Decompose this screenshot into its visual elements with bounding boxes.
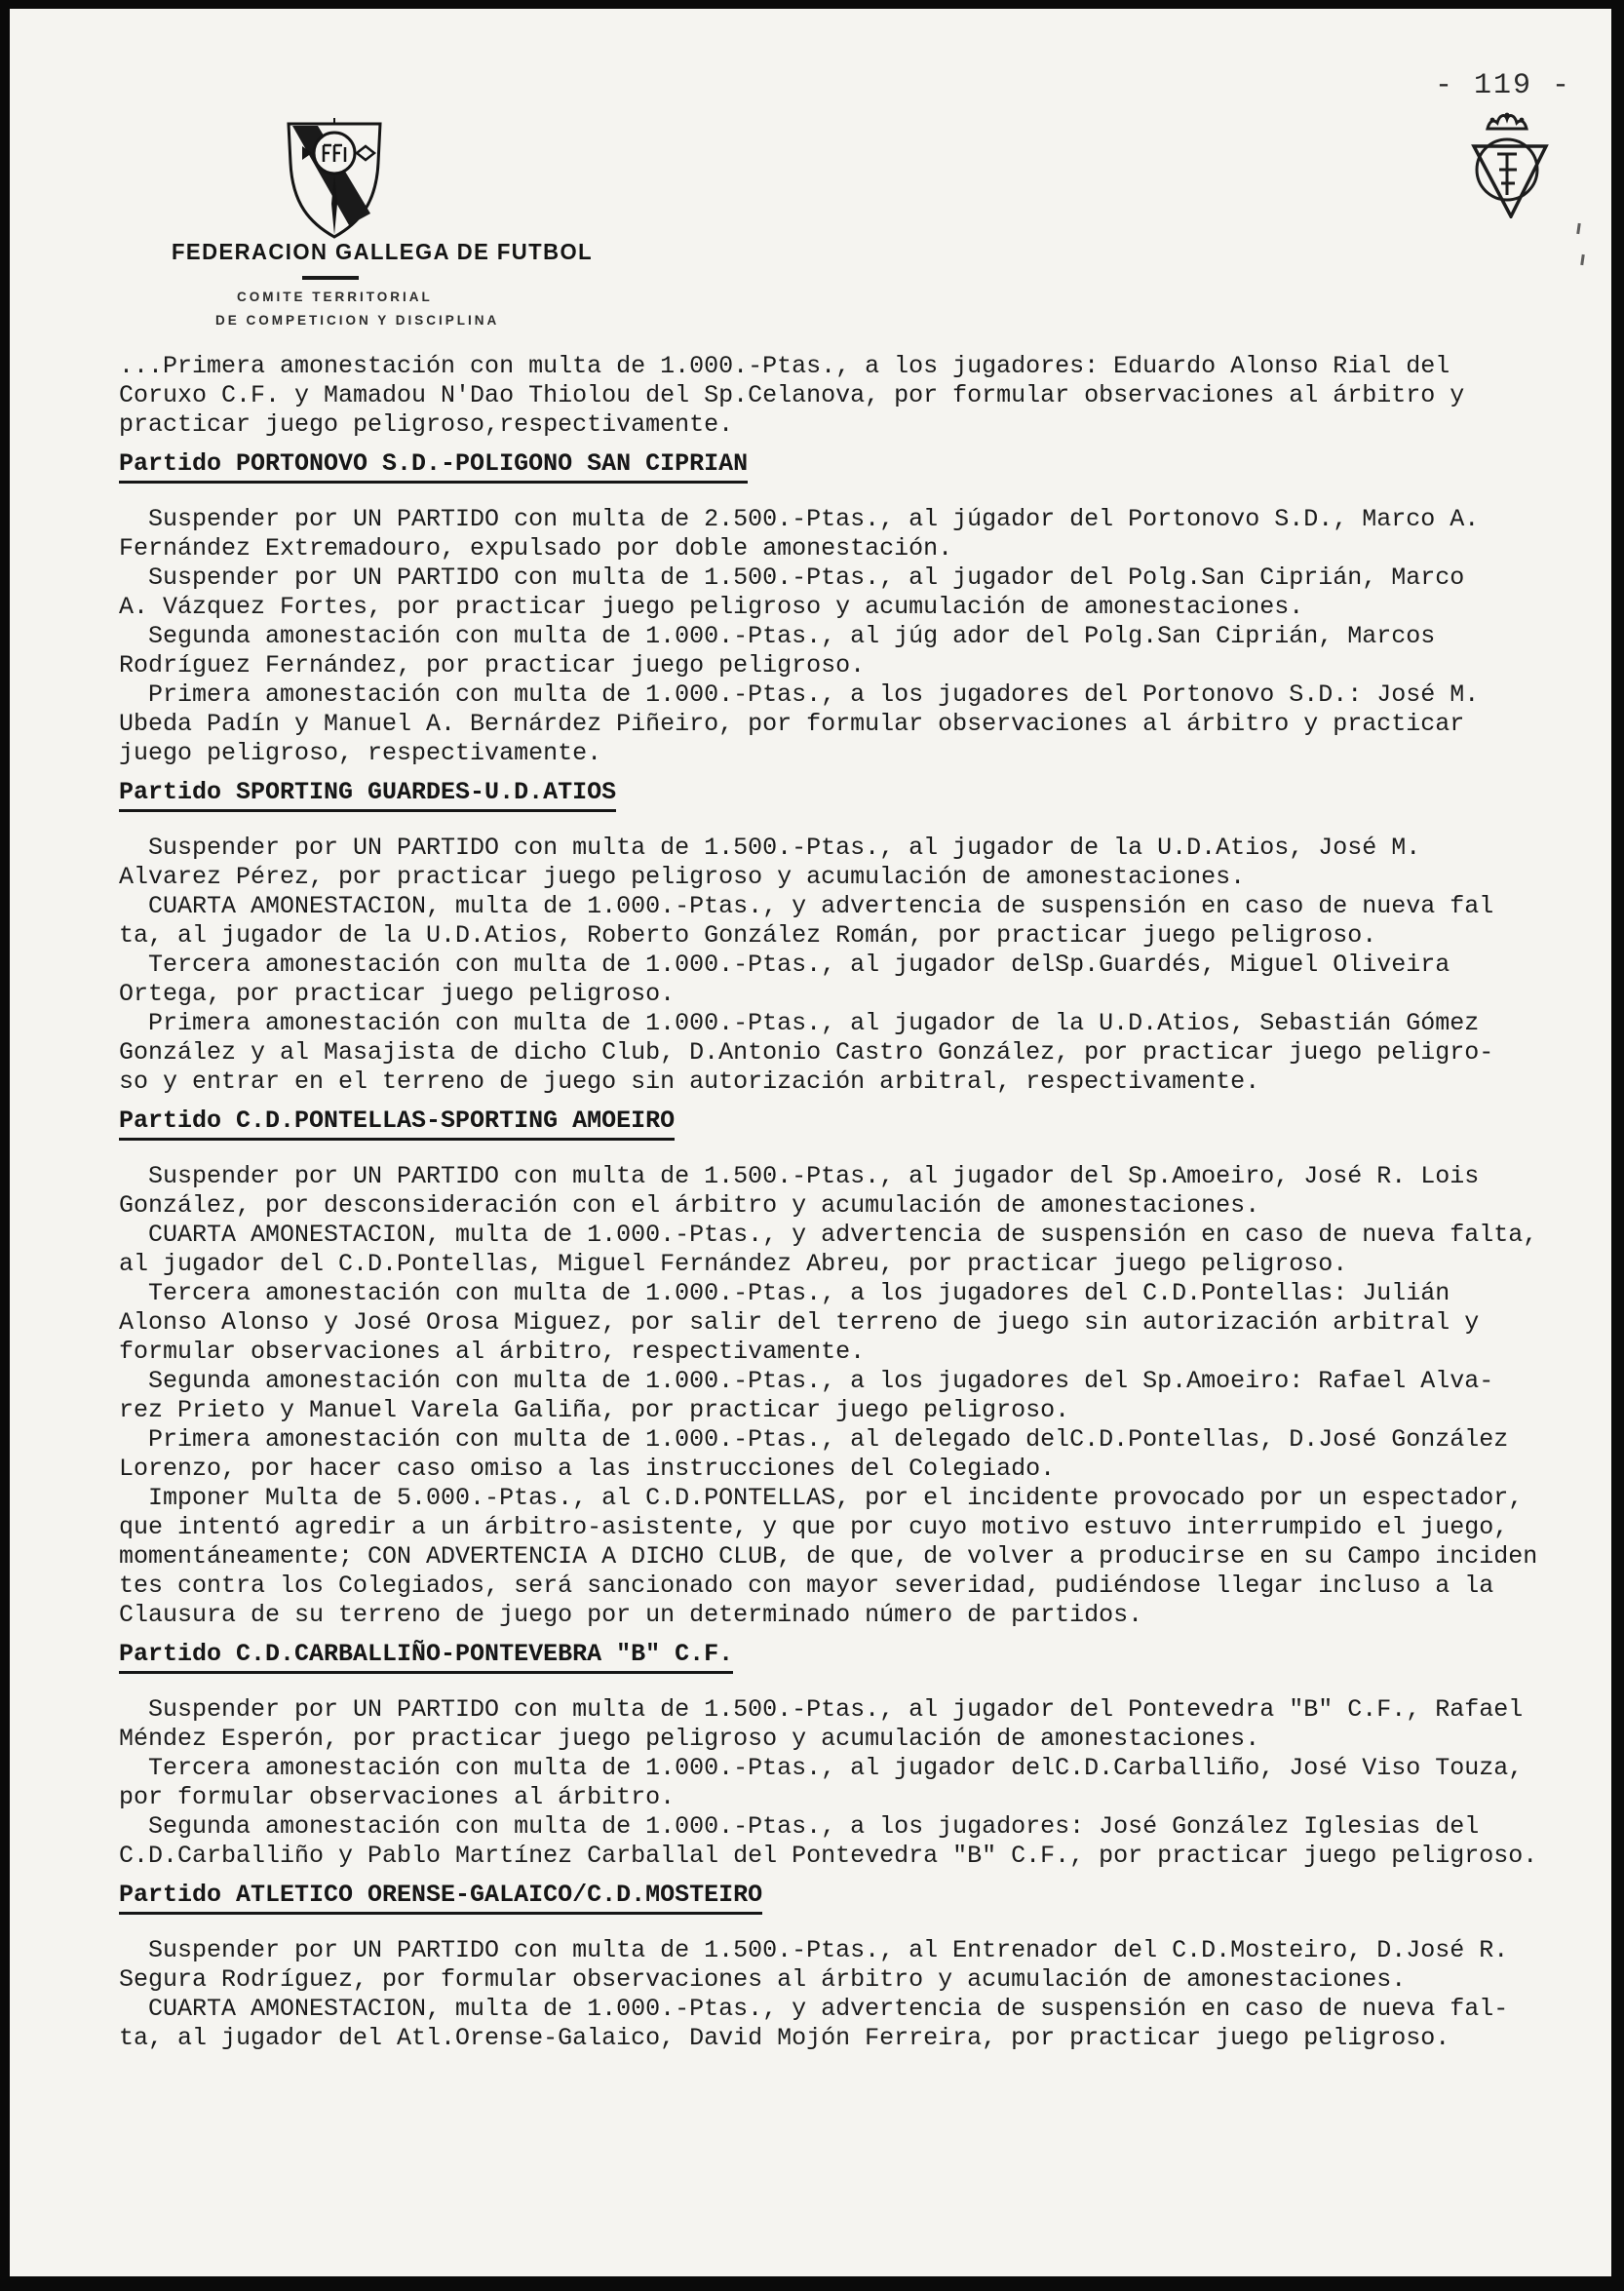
partido-heading-text: Partido C.D.CARBALLIÑO-PONTEVEBRA "B" C.…	[119, 1640, 733, 1674]
text-line: ...Primera amonestación con multa de 1.0…	[119, 352, 1586, 381]
page-number: - 119 -	[1435, 69, 1571, 102]
text-line: Méndez Esperón, por practicar juego peli…	[119, 1725, 1586, 1754]
scanned-page-background: FEDERACION GALLEGA DE FUTBOL COMITE TERR…	[0, 0, 1624, 2291]
sanction-paragraph: Primera amonestación con multa de 1.000.…	[119, 1425, 1586, 1484]
sanction-paragraph: Suspender por UN PARTIDO con multa de 1.…	[119, 834, 1586, 892]
sanction-paragraph: Suspender por UN PARTIDO con multa de 1.…	[119, 1936, 1586, 1995]
partido-heading: Partido C.D.CARBALLIÑO-PONTEVEBRA "B" C.…	[119, 1640, 1586, 1674]
text-line: Alonso Alonso y José Orosa Miguez, por s…	[119, 1308, 1586, 1338]
text-line: al jugador del C.D.Pontellas, Miguel Fer…	[119, 1250, 1586, 1279]
sanction-paragraph: Tercera amonestación con multa de 1.000.…	[119, 951, 1586, 1009]
text-line: ta, al jugador del Atl.Orense-Galaico, D…	[119, 2024, 1586, 2053]
text-line: Suspender por UN PARTIDO con multa de 2.…	[119, 505, 1586, 534]
text-line: tes contra los Colegiados, será sanciona…	[119, 1572, 1586, 1601]
text-line: ta, al jugador de la U.D.Atios, Roberto …	[119, 921, 1586, 951]
text-line: Segunda amonestación con multa de 1.000.…	[119, 622, 1586, 651]
sanction-paragraph: CUARTA AMONESTACION, multa de 1.000.-Pta…	[119, 892, 1586, 951]
sanction-paragraph: Suspender por UN PARTIDO con multa de 1.…	[119, 1162, 1586, 1221]
text-line: Suspender por UN PARTIDO con multa de 1.…	[119, 1936, 1586, 1965]
text-line: CUARTA AMONESTACION, multa de 1.000.-Pta…	[119, 1221, 1586, 1250]
committee-line-2: DE COMPETICION Y DISCIPLINA	[215, 313, 499, 328]
text-line: A. Vázquez Fortes, por practicar juego p…	[119, 593, 1586, 622]
committee-line-1: COMITE TERRITORIAL	[237, 290, 433, 304]
text-line: González, por desconsideración con el ár…	[119, 1191, 1586, 1221]
sanction-paragraph: Suspender por UN PARTIDO con multa de 2.…	[119, 505, 1586, 563]
text-line: formular observaciones al árbitro, respe…	[119, 1338, 1586, 1367]
partido-heading-text: Partido C.D.PONTELLAS-SPORTING AMOEIRO	[119, 1107, 675, 1141]
ink-mark	[1580, 254, 1585, 265]
sanction-paragraph: Primera amonestación con multa de 1.000.…	[119, 680, 1586, 768]
text-line: Lorenzo, por hacer caso omiso a las inst…	[119, 1455, 1586, 1484]
text-line: Suspender por UN PARTIDO con multa de 1.…	[119, 1162, 1586, 1191]
fgf-shield-logo	[273, 116, 396, 241]
text-line: momentáneamente; CON ADVERTENCIA A DICHO…	[119, 1542, 1586, 1572]
text-line: juego peligroso, respectivamente.	[119, 739, 1586, 768]
partido-heading: Partido ATLETICO ORENSE-GALAICO/C.D.MOST…	[119, 1881, 1586, 1915]
sanction-paragraph: Segunda amonestación con multa de 1.000.…	[119, 1367, 1586, 1425]
partido-heading: Partido C.D.PONTELLAS-SPORTING AMOEIRO	[119, 1107, 1586, 1141]
sanction-paragraph: CUARTA AMONESTACION, multa de 1.000.-Pta…	[119, 1995, 1586, 2053]
text-line: que intentó agredir a un árbitro-asisten…	[119, 1513, 1586, 1542]
text-line: practicar juego peligroso,respectivament…	[119, 410, 1586, 440]
text-line: Suspender por UN PARTIDO con multa de 1.…	[119, 1695, 1586, 1725]
text-line: Segunda amonestación con multa de 1.000.…	[119, 1367, 1586, 1396]
sanction-paragraph: Primera amonestación con multa de 1.000.…	[119, 1009, 1586, 1097]
text-line: Primera amonestación con multa de 1.000.…	[119, 1425, 1586, 1455]
text-line: Fernández Extremadouro, expulsado por do…	[119, 534, 1586, 563]
text-line: Suspender por UN PARTIDO con multa de 1.…	[119, 834, 1586, 863]
ink-mark	[1576, 223, 1581, 234]
partido-heading-text: Partido ATLETICO ORENSE-GALAICO/C.D.MOST…	[119, 1881, 762, 1915]
text-line: Segura Rodríguez, por formular observaci…	[119, 1965, 1586, 1995]
text-line: Imponer Multa de 5.000.-Ptas., al C.D.PO…	[119, 1484, 1586, 1513]
text-line: C.D.Carballiño y Pablo Martínez Carballa…	[119, 1842, 1586, 1871]
text-line: por formular observaciones al árbitro.	[119, 1783, 1586, 1812]
sanction-paragraph: ...Primera amonestación con multa de 1.0…	[119, 352, 1586, 440]
text-line: Primera amonestación con multa de 1.000.…	[119, 680, 1586, 710]
partido-heading-text: Partido PORTONOVO S.D.-POLIGONO SAN CIPR…	[119, 449, 748, 484]
text-line: Tercera amonestación con multa de 1.000.…	[119, 951, 1586, 980]
document-page: FEDERACION GALLEGA DE FUTBOL COMITE TERR…	[10, 9, 1611, 2276]
sanction-paragraph: Suspender por UN PARTIDO con multa de 1.…	[119, 563, 1586, 622]
text-line: CUARTA AMONESTACION, multa de 1.000.-Pta…	[119, 892, 1586, 921]
org-name: FEDERACION GALLEGA DE FUTBOL	[172, 239, 583, 265]
text-line: Clausura de su terreno de juego por un d…	[119, 1601, 1586, 1630]
text-line: Segunda amonestación con multa de 1.000.…	[119, 1812, 1586, 1842]
text-line: Tercera amonestación con multa de 1.000.…	[119, 1279, 1586, 1308]
partido-heading-text: Partido SPORTING GUARDES-U.D.ATIOS	[119, 778, 616, 812]
text-line: Suspender por UN PARTIDO con multa de 1.…	[119, 563, 1586, 593]
text-line: so y entrar en el terreno de juego sin a…	[119, 1068, 1586, 1097]
sanction-paragraph: CUARTA AMONESTACION, multa de 1.000.-Pta…	[119, 1221, 1586, 1279]
text-line: rez Prieto y Manuel Varela Galiña, por p…	[119, 1396, 1586, 1425]
text-line: Coruxo C.F. y Mamadou N'Dao Thiolou del …	[119, 381, 1586, 410]
sanction-paragraph: Tercera amonestación con multa de 1.000.…	[119, 1754, 1586, 1812]
text-line: Alvarez Pérez, por practicar juego pelig…	[119, 863, 1586, 892]
partido-heading: Partido SPORTING GUARDES-U.D.ATIOS	[119, 778, 1586, 812]
sanction-paragraph: Segunda amonestación con multa de 1.000.…	[119, 622, 1586, 680]
letterhead-rule	[302, 276, 359, 280]
document-body: ...Primera amonestación con multa de 1.0…	[119, 352, 1586, 2053]
sanction-paragraph: Tercera amonestación con multa de 1.000.…	[119, 1279, 1586, 1367]
text-line: Rodríguez Fernández, por practicar juego…	[119, 651, 1586, 680]
text-line: Ortega, por practicar juego peligroso.	[119, 980, 1586, 1009]
text-line: González y al Masajista de dicho Club, D…	[119, 1038, 1586, 1068]
text-line: Tercera amonestación con multa de 1.000.…	[119, 1754, 1586, 1783]
partido-heading: Partido PORTONOVO S.D.-POLIGONO SAN CIPR…	[119, 449, 1586, 484]
text-line: Ubeda Padín y Manuel A. Bernárdez Piñeir…	[119, 710, 1586, 739]
text-line: Primera amonestación con multa de 1.000.…	[119, 1009, 1586, 1038]
sanction-paragraph: Segunda amonestación con multa de 1.000.…	[119, 1812, 1586, 1871]
sanction-paragraph: Imponer Multa de 5.000.-Ptas., al C.D.PO…	[119, 1484, 1586, 1630]
sanction-paragraph: Suspender por UN PARTIDO con multa de 1.…	[119, 1695, 1586, 1754]
federation-crest-logo	[1460, 109, 1554, 218]
text-line: CUARTA AMONESTACION, multa de 1.000.-Pta…	[119, 1995, 1586, 2024]
